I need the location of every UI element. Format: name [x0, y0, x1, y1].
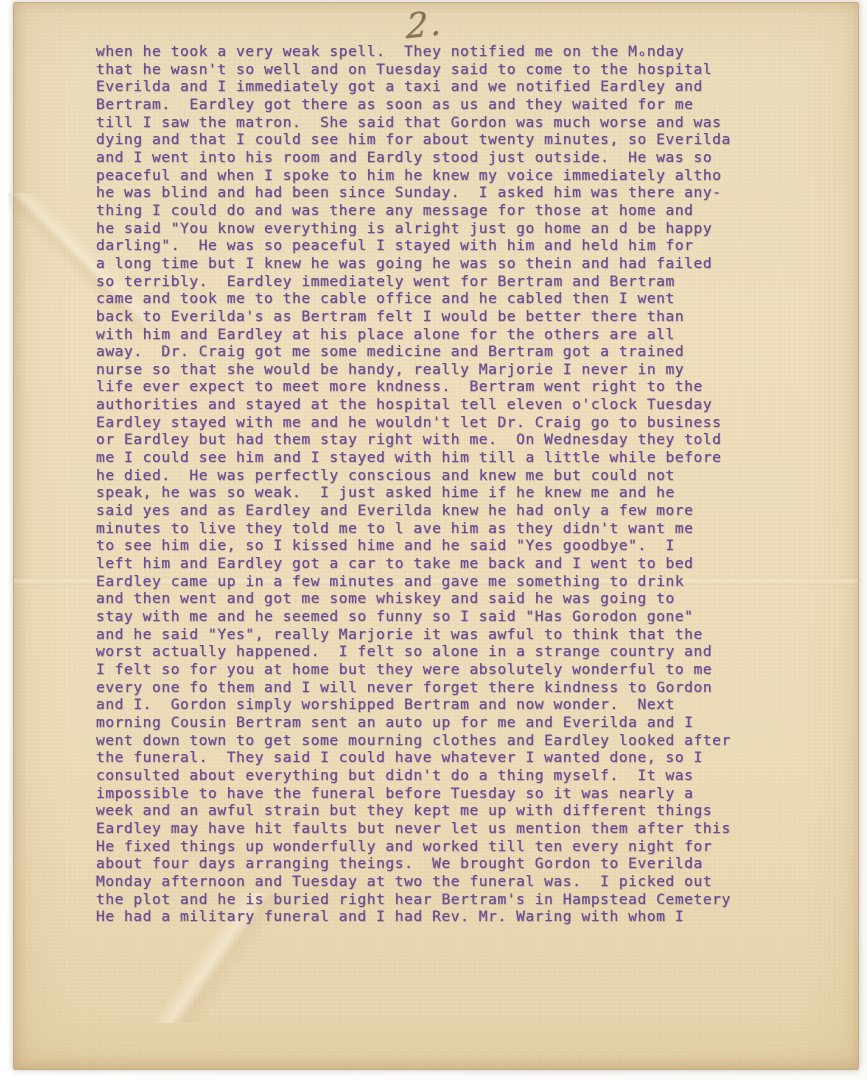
letter-line: with him and Eardley at his place alone … — [96, 326, 836, 344]
letter-line: He fixed things up wonderfully and worke… — [96, 838, 836, 856]
letter-line: or Eardley but had them stay right with … — [96, 431, 836, 449]
letter-line: life ever expect to meet more kndness. B… — [96, 378, 836, 396]
letter-line: away. Dr. Craig got me some medicine and… — [96, 343, 836, 361]
letter-line: morning Cousin Bertram sent an auto up f… — [96, 714, 836, 732]
letter-line: me I could see him and I stayed with him… — [96, 449, 836, 467]
letter-line: to see him die, so I kissed hime and he … — [96, 537, 836, 555]
letter-line: and then went and got me some whiskey an… — [96, 590, 836, 608]
letter-line: he died. He was perfectly conscious and … — [96, 467, 836, 485]
letter-line: authorities and stayed at the hospital t… — [96, 396, 836, 414]
letter-line: Bertram. Eardley got there as soon as us… — [96, 96, 836, 114]
handwritten-page-number: 2. — [405, 3, 445, 47]
letter-line: nurse so that she would be handy, really… — [96, 361, 836, 379]
scan-background: 2. when he took a very weak spell. They … — [0, 0, 867, 1080]
letter-line: Eardley came up in a few minutes and gav… — [96, 573, 836, 591]
letter-line: impossible to have the funeral before Tu… — [96, 785, 836, 803]
letter-line: that he wasn't so well and on Tuesday sa… — [96, 61, 836, 79]
letter-line: so terribly. Eardley immediately went fo… — [96, 273, 836, 291]
letter-line: dying and that I could see him for about… — [96, 131, 836, 149]
letter-line: he said "You know everything is alright … — [96, 220, 836, 238]
letter-body: when he took a very weak spell. They not… — [96, 43, 836, 926]
letter-line: about four days arranging theings. We br… — [96, 855, 836, 873]
letter-line: till I saw the matron. She said that Gor… — [96, 114, 836, 132]
letter-line: came and took me to the cable office and… — [96, 290, 836, 308]
letter-line: thing I could do and was there any messa… — [96, 202, 836, 220]
letter-line: I felt so for you at home but they were … — [96, 661, 836, 679]
letter-line: darling". He was so peaceful I stayed wi… — [96, 237, 836, 255]
letter-line: and I went into his room and Eardly stoo… — [96, 149, 836, 167]
letter-line: went down town to get some mourning clot… — [96, 732, 836, 750]
letter-line: week and an awful strain but they kept m… — [96, 802, 836, 820]
letter-line: Monday afternoon and Tuesday at two the … — [96, 873, 836, 891]
letter-line: speak, he was so weak. I just asked hime… — [96, 484, 836, 502]
letter-line: worst actually happened. I felt so alone… — [96, 643, 836, 661]
letter-line: peaceful and when I spoke to him he knew… — [96, 167, 836, 185]
letter-line: Eardley may have hit faults but never le… — [96, 820, 836, 838]
letter-line: stay with me and he seemed so funny so I… — [96, 608, 836, 626]
letter-line: He had a military funeral and I had Rev.… — [96, 908, 836, 926]
letter-line: said yes and as Eardley and Everilda kne… — [96, 502, 836, 520]
letter-line: Everilda and I immediately got a taxi an… — [96, 78, 836, 96]
letter-line: the funeral. They said I could have what… — [96, 749, 836, 767]
letter-line: left him and Eardley got a car to take m… — [96, 555, 836, 573]
letter-line: every one fo them and I will never forge… — [96, 679, 836, 697]
letter-line: minutes to live they told me to l ave hi… — [96, 520, 836, 538]
letter-line: back to Everilda's as Bertram felt I wou… — [96, 308, 836, 326]
letter-line: and I. Gordon simply worshipped Bertram … — [96, 696, 836, 714]
letter-line: and he said "Yes", really Marjorie it wa… — [96, 626, 836, 644]
letter-line: the plot and he is buried right hear Ber… — [96, 891, 836, 909]
letter-paper: 2. when he took a very weak spell. They … — [13, 2, 859, 1070]
letter-line: Eardley stayed with me and he wouldn't l… — [96, 414, 836, 432]
letter-line: he was blind and had been since Sunday. … — [96, 184, 836, 202]
letter-line: a long time but I knew he was going he w… — [96, 255, 836, 273]
letter-line: when he took a very weak spell. They not… — [96, 43, 836, 61]
letter-line: consulted about everything but didn't do… — [96, 767, 836, 785]
